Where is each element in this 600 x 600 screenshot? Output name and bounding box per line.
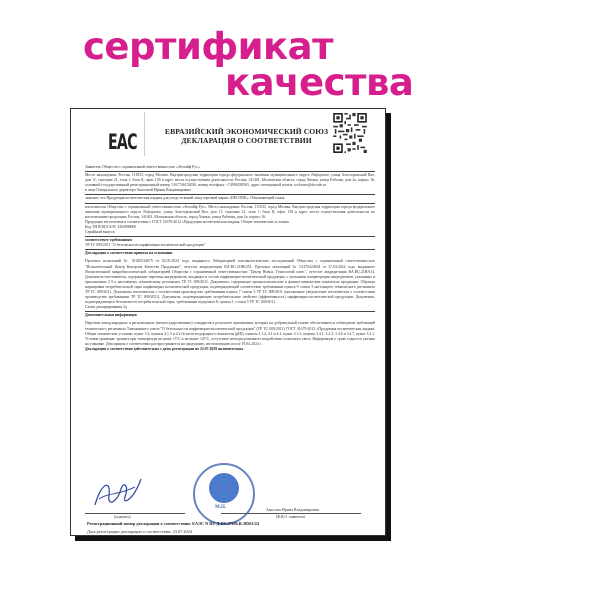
applicant-details: Место нахождения: Россия, 111033, город … (85, 173, 375, 188)
header-divider (144, 112, 145, 156)
declaration-scheme: Схема декларирования 3д (85, 305, 375, 312)
basis-text: Протокол испытаний № 01020524675 от 02.0… (85, 259, 375, 305)
document-title: ЕВРАЗИЙСКИЙ ЭКОНОМИЧЕСКИЙ СОЮЗ ДЕКЛАРАЦИ… (149, 127, 344, 146)
declaration-body: Заявитель Общество с ограниченной ответс… (85, 165, 375, 352)
eac-mark-icon: ЕАС (108, 130, 137, 154)
batch-type: Серийный выпуск (85, 230, 375, 237)
signer-name: Амосова Ирина Владимировна (266, 507, 319, 512)
registration-date: Дата регистрации декларации о соответств… (87, 529, 192, 534)
stamp-label: М.П. (215, 505, 226, 510)
product-declaration: заявляет, что Продукция косметическая жи… (85, 196, 375, 203)
signer-line (221, 513, 361, 514)
manufacturer-info: изготовитель Общество с ограниченной отв… (85, 205, 375, 220)
declaration-document: ЕАС ЕВРАЗИЙСКИЙ ЭКОНОМИЧЕСКИЙ СОЮЗ ДЕКЛА… (70, 108, 386, 536)
headline-quality: качества (225, 64, 413, 101)
stamp-emblem (209, 473, 239, 503)
registration-number: Регистрационный номер декларации о соотв… (87, 521, 259, 526)
qr-code-icon (333, 113, 367, 153)
signature-line (85, 513, 185, 514)
applicant-line: Заявитель Общество с ограниченной ответс… (85, 165, 375, 172)
technical-regulation: ТР ТС 009/2011 "О безопасности парфюмерн… (85, 243, 375, 250)
additional-info-text: Перечень международных и региональных (м… (85, 321, 375, 346)
headline-certificate: сертификат (83, 28, 333, 65)
applicant-representative: в лице Генерального директора Амосовой И… (85, 188, 375, 195)
official-stamp-icon: М.П. (193, 463, 255, 525)
signer-caption: (Ф.И.О. заявителя) (276, 515, 305, 519)
union-name: ЕВРАЗИЙСКИЙ ЭКОНОМИЧЕСКИЙ СОЮЗ (149, 127, 344, 136)
signature-icon (91, 473, 145, 513)
signature-caption: (подпись) (114, 514, 131, 519)
validity-statement: Декларация о соответствии действительна … (85, 347, 375, 352)
declaration-title: ДЕКЛАРАЦИЯ О СООТВЕТСТВИИ (149, 136, 344, 145)
